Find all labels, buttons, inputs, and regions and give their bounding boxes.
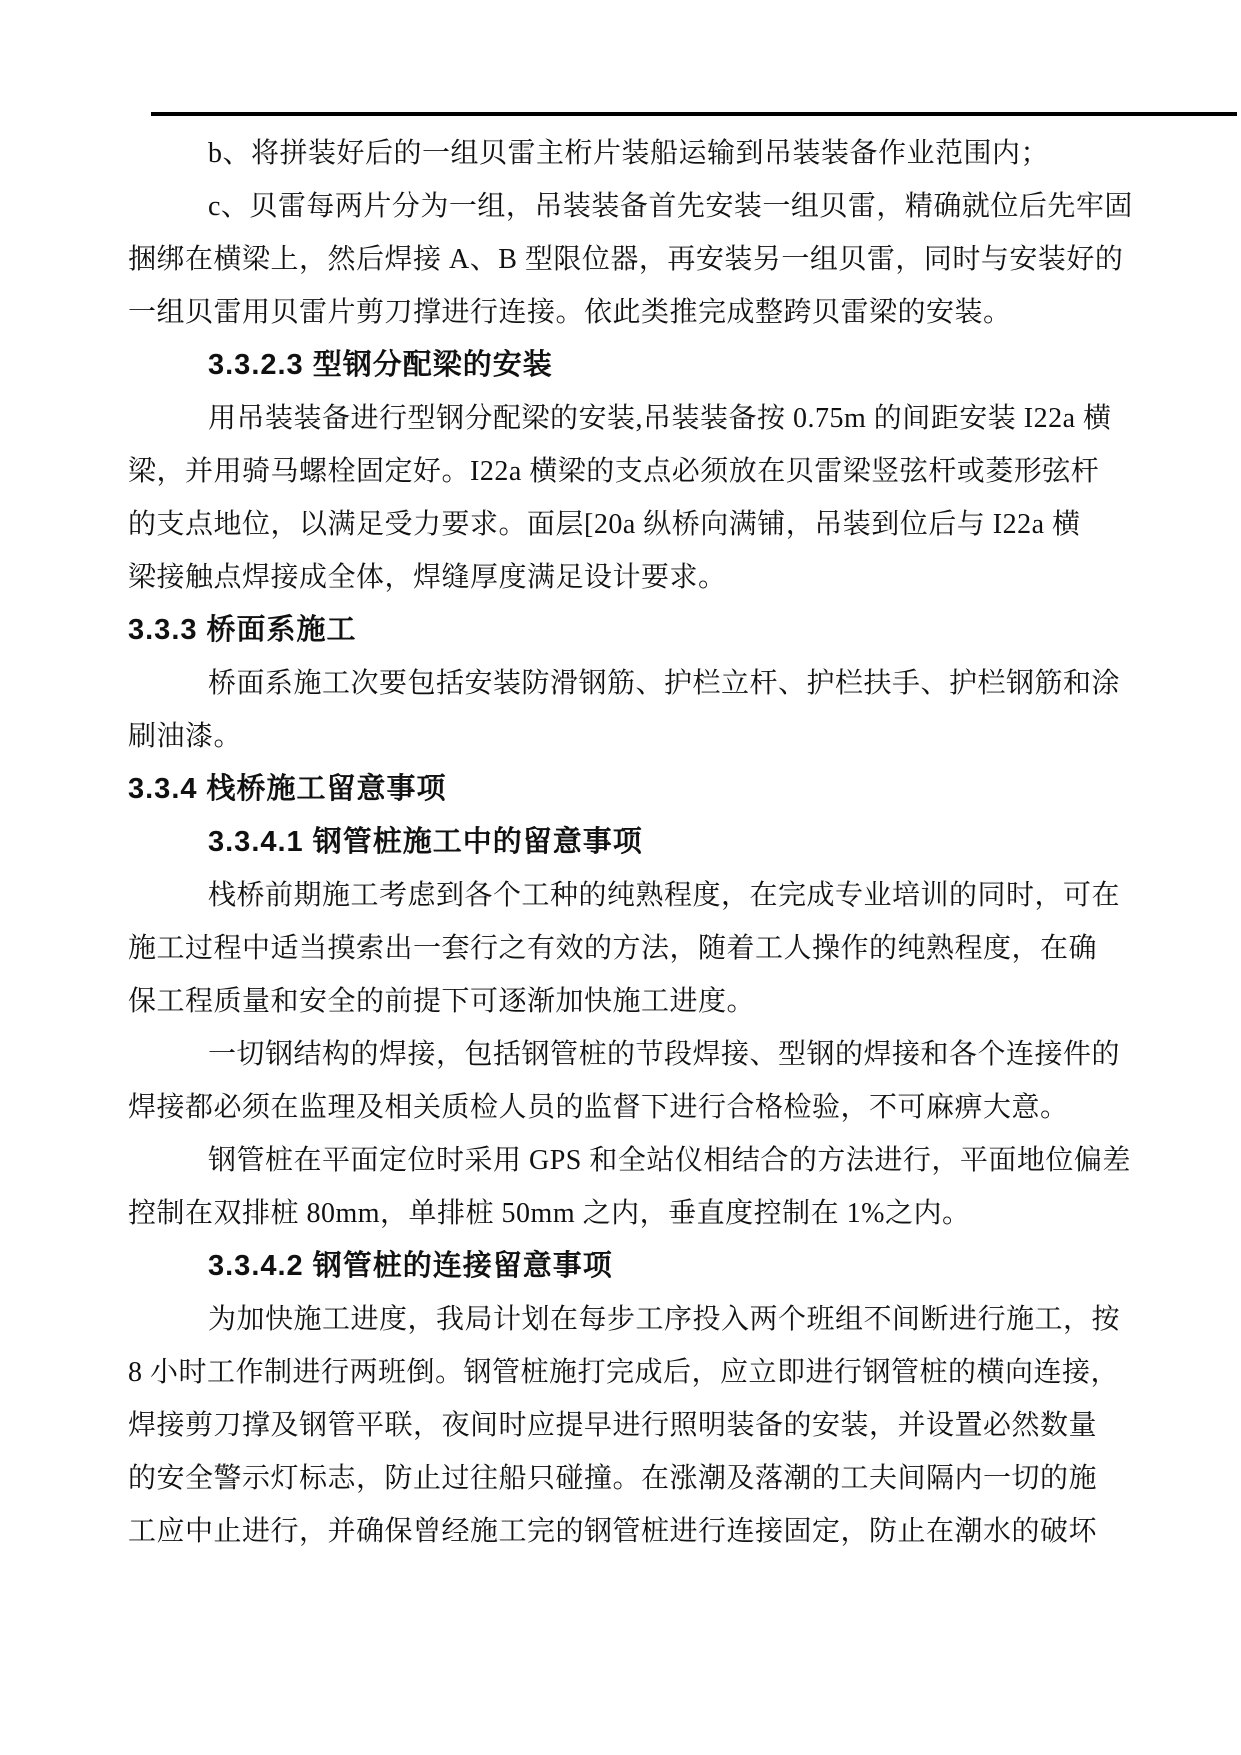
text-line: 梁，并用骑马螺栓固定好。I22a 横梁的支点必须放在贝雷梁竖弦杆或菱形弦杆 — [128, 445, 1143, 498]
text-line: 的安全警示灯标志，防止过往船只碰撞。在涨潮及落潮的工夫间隔内一切的施 — [128, 1452, 1143, 1505]
paragraph: 一切钢结构的焊接，包括钢管桩的节段焊接、型钢的焊接和各个连接件的焊接都必须在监理… — [128, 1028, 1143, 1134]
header-rule — [151, 112, 1237, 116]
paragraph: b、将拼装好后的一组贝雷主桁片装船运输到吊装装备作业范围内； — [128, 127, 1143, 180]
paragraph: 钢管桩在平面定位时采用 GPS 和全站仪相结合的方法进行，平面地位偏差控制在双排… — [128, 1134, 1143, 1240]
text-line: 用吊装装备进行型钢分配梁的安装,吊装装备按 0.75m 的间距安装 I22a 横 — [128, 392, 1143, 445]
text-line: 3.3.4.1 钢管桩施工中的留意事项 — [128, 816, 1143, 869]
text-line: 8 小时工作制进行两班倒。钢管桩施打完成后，应立即进行钢管桩的横向连接， — [128, 1346, 1143, 1399]
text-line: b、将拼装好后的一组贝雷主桁片装船运输到吊装装备作业范围内； — [128, 127, 1143, 180]
section-heading: 3.3.4.2 钢管桩的连接留意事项 — [128, 1240, 1143, 1293]
text-line: 刷油漆。 — [128, 710, 1143, 763]
text-line: 捆绑在横梁上，然后焊接 A、B 型限位器，再安装另一组贝雷，同时与安装好的 — [128, 233, 1143, 286]
paragraph: 桥面系施工次要包括安装防滑钢筋、护栏立杆、护栏扶手、护栏钢筋和涂刷油漆。 — [128, 657, 1143, 763]
paragraph: 用吊装装备进行型钢分配梁的安装,吊装装备按 0.75m 的间距安装 I22a 横… — [128, 392, 1143, 604]
text-line: 3.3.3 桥面系施工 — [128, 604, 1143, 657]
text-line: 一切钢结构的焊接，包括钢管桩的节段焊接、型钢的焊接和各个连接件的 — [128, 1028, 1143, 1081]
text-line: 的支点地位，以满足受力要求。面层[20a 纵桥向满铺，吊装到位后与 I22a 横 — [128, 498, 1143, 551]
paragraph: c、贝雷每两片分为一组，吊装装备首先安装一组贝雷，精确就位后先牢固捆绑在横梁上，… — [128, 180, 1143, 339]
text-line: c、贝雷每两片分为一组，吊装装备首先安装一组贝雷，精确就位后先牢固 — [128, 180, 1143, 233]
text-line: 钢管桩在平面定位时采用 GPS 和全站仪相结合的方法进行，平面地位偏差 — [128, 1134, 1143, 1187]
text-line: 控制在双排桩 80mm，单排桩 50mm 之内，垂直度控制在 1%之内。 — [128, 1187, 1143, 1240]
text-line: 保工程质量和安全的前提下可逐渐加快施工进度。 — [128, 975, 1143, 1028]
document-content: b、将拼装好后的一组贝雷主桁片装船运输到吊装装备作业范围内；c、贝雷每两片分为一… — [128, 127, 1143, 1558]
text-line: 3.3.4.2 钢管桩的连接留意事项 — [128, 1240, 1143, 1293]
text-line: 3.3.2.3 型钢分配梁的安装 — [128, 339, 1143, 392]
text-line: 焊接剪刀撑及钢管平联，夜间时应提早进行照明装备的安装，并设置必然数量 — [128, 1399, 1143, 1452]
section-heading: 3.3.2.3 型钢分配梁的安装 — [128, 339, 1143, 392]
text-line: 一组贝雷用贝雷片剪刀撑进行连接。依此类推完成整跨贝雷梁的安装。 — [128, 286, 1143, 339]
text-line: 桥面系施工次要包括安装防滑钢筋、护栏立杆、护栏扶手、护栏钢筋和涂 — [128, 657, 1143, 710]
document-page: { "page": { "background_color": "#ffffff… — [0, 0, 1241, 1755]
text-line: 栈桥前期施工考虑到各个工种的纯熟程度，在完成专业培训的同时，可在 — [128, 869, 1143, 922]
section-heading: 3.3.4 栈桥施工留意事项 — [128, 763, 1143, 816]
section-heading: 3.3.4.1 钢管桩施工中的留意事项 — [128, 816, 1143, 869]
text-line: 为加快施工进度，我局计划在每步工序投入两个班组不间断进行施工，按 — [128, 1293, 1143, 1346]
section-heading: 3.3.3 桥面系施工 — [128, 604, 1143, 657]
paragraph: 为加快施工进度，我局计划在每步工序投入两个班组不间断进行施工，按8 小时工作制进… — [128, 1293, 1143, 1558]
text-line: 3.3.4 栈桥施工留意事项 — [128, 763, 1143, 816]
text-line: 梁接触点焊接成全体，焊缝厚度满足设计要求。 — [128, 551, 1143, 604]
text-line: 工应中止进行，并确保曾经施工完的钢管桩进行连接固定，防止在潮水的破坏 — [128, 1505, 1143, 1558]
text-line: 施工过程中适当摸索出一套行之有效的方法，随着工人操作的纯熟程度，在确 — [128, 922, 1143, 975]
paragraph: 栈桥前期施工考虑到各个工种的纯熟程度，在完成专业培训的同时，可在施工过程中适当摸… — [128, 869, 1143, 1028]
text-line: 焊接都必须在监理及相关质检人员的监督下进行合格检验，不可麻痹大意。 — [128, 1081, 1143, 1134]
